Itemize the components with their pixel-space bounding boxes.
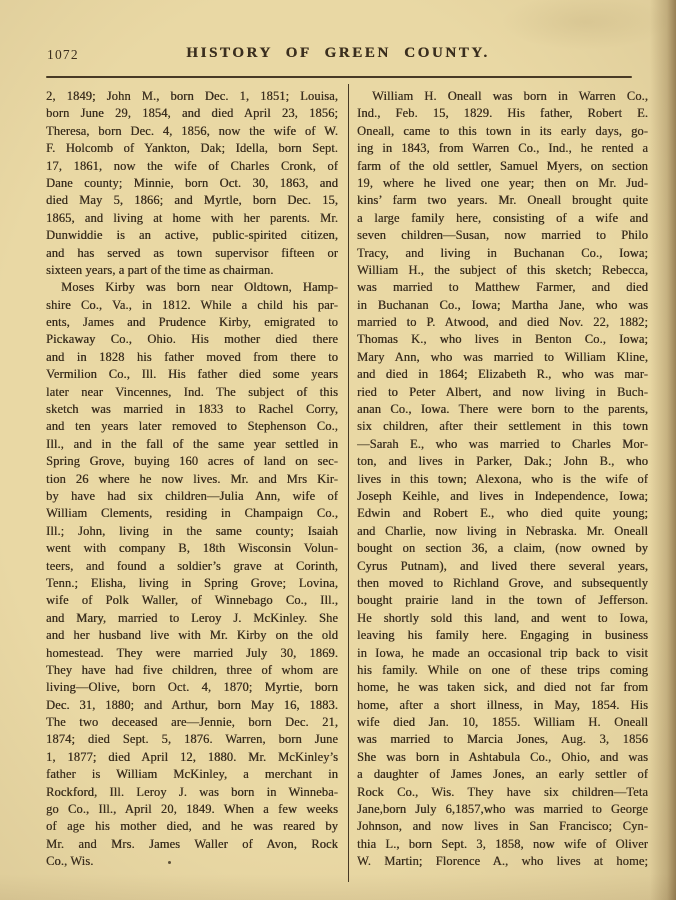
- text-line: Dunwiddie is an active, public-spirited …: [46, 227, 338, 244]
- text-line: sixteen years, a part of the time as cha…: [46, 262, 338, 279]
- text-line: anan Co., Iowa. There were born to the p…: [357, 401, 648, 418]
- text-line: 2, 1849; John M., born Dec. 1, 1851; Lou…: [46, 88, 338, 105]
- text-line: a large family here, consisting of a wif…: [357, 210, 648, 227]
- text-line: born June 29, 1854, and died April 23, 1…: [46, 105, 338, 122]
- text-line: Mary Ann, who was married to William Kli…: [357, 349, 648, 366]
- text-line: of age his mother died, and he was reare…: [46, 818, 338, 835]
- text-line: in Iowa, he made an occasional trip back…: [357, 645, 648, 662]
- text-line: F. Holcomb of Yankton, Dak; Idella, born…: [46, 140, 338, 157]
- text-line: and ten years later removed to Stephenso…: [46, 418, 338, 435]
- paragraph: 2, 1849; John M., born Dec. 1, 1851; Lou…: [46, 88, 338, 279]
- text-line: Dec. 31, 1880; and Arthur, born May 16, …: [46, 697, 338, 714]
- book-page: 1072 HISTORY OF GREEN COUNTY. 2, 1849; J…: [0, 0, 676, 900]
- text-line: Spring Grove, buying 160 acres of land o…: [46, 453, 338, 470]
- paragraph: William H. Oneall was born in Warren Co.…: [357, 88, 648, 871]
- text-line: The two deceased are—Jennie, born Dec. 2…: [46, 714, 338, 731]
- text-line: W. Martin; Florence A., who lives at hom…: [357, 853, 648, 870]
- text-line: father is William McKinley, a merchant i…: [46, 766, 338, 783]
- text-line: a daughter of James Jones, an early sett…: [357, 766, 648, 783]
- text-line: teers, and found a soldier’s grave at Co…: [46, 558, 338, 575]
- text-line: He shortly sold this land, and went to I…: [357, 610, 648, 627]
- text-line: and her husband live with Mr. Kirby on t…: [46, 627, 338, 644]
- text-line: William Clements, residing in Champaign …: [46, 505, 338, 522]
- text-line: They have had five children, three of wh…: [46, 662, 338, 679]
- text-line: leaving his family here. Engaging in bus…: [357, 627, 648, 644]
- text-line: shire Co., Va., in 1812. While a child h…: [46, 297, 338, 314]
- text-line: ton, and lives in Parker, Dak.; John B.,…: [357, 453, 648, 470]
- text-line: then moved to Richland Grove, and subseq…: [357, 575, 648, 592]
- text-line: home, he was taken sick, and died not fa…: [357, 679, 648, 696]
- text-line: later near Vincennes, Ind. The subject o…: [46, 384, 338, 401]
- text-line: Cyrus Putnam), and lived there several y…: [357, 558, 648, 575]
- text-line: tion 26 where he now lives. Mr. and Mrs …: [46, 471, 338, 488]
- text-line: bought prairie land in the town of Jeffe…: [357, 592, 648, 609]
- text-line: his family. While on one of these trips …: [357, 662, 648, 679]
- text-line: Vermilion Co., Ill. His father died some…: [46, 366, 338, 383]
- text-line: farm of the old settler, Samuel Myers, o…: [357, 158, 648, 175]
- header-rule: [46, 76, 632, 78]
- text-line: wife of Polk Waller, of Winnebago Co., I…: [46, 592, 338, 609]
- paragraph: Moses Kirby was born near Oldtown, Hamp-…: [46, 279, 338, 870]
- right-column: William H. Oneall was born in Warren Co.…: [357, 88, 648, 871]
- text-line: by have had six children—Julia Ann, wife…: [46, 488, 338, 505]
- text-line: and died in 1864; Elizabeth R., who was …: [357, 366, 648, 383]
- text-line: died May 5, 1866; and Myrtle, born Dec. …: [46, 192, 338, 209]
- text-line: thia L., born Sept. 3, 1858, now wife of…: [357, 836, 648, 853]
- text-line: Thomas K., who lives in Benton Co., Iowa…: [357, 331, 648, 348]
- text-line: Moses Kirby was born near Oldtown, Hamp-: [46, 279, 338, 296]
- text-line: go Co., Ill., April 20, 1849. When a few…: [46, 801, 338, 818]
- text-line: Tracy, and living in Buchanan Co., Iowa;: [357, 245, 648, 262]
- text-line: Johnson, and now lives in San Francisco;…: [357, 818, 648, 835]
- text-line: Joseph Keihle, and lives in Independence…: [357, 488, 648, 505]
- text-line: sketch was married in 1833 to Rachel Cor…: [46, 401, 338, 418]
- text-line: living—Olive, born Oct. 4, 1870; Myrtie,…: [46, 679, 338, 696]
- text-line: Pickaway Co., Ohio. His mother died ther…: [46, 331, 338, 348]
- text-line: ried to Peter Albert, and now living in …: [357, 384, 648, 401]
- text-line: 17, 1861, now the wife of Charles Cronk,…: [46, 158, 338, 175]
- text-line: seven children—Susan, now married to Phi…: [357, 227, 648, 244]
- text-line: —Sarah E., who was married to Charles Mo…: [357, 436, 648, 453]
- text-line: Dane county; Minnie, born Oct. 30, 1863,…: [46, 175, 338, 192]
- text-line: was married to Matthew Farmer, and died: [357, 279, 648, 296]
- text-line: 1865, and living at home with her parent…: [46, 210, 338, 227]
- text-line: Rock Co., Wis. They have six children—Te…: [357, 784, 648, 801]
- text-line: bought on section 36, a claim, (now owne…: [357, 540, 648, 557]
- text-line: and Mary, married to Leroy J. McKinley. …: [46, 610, 338, 627]
- text-line: home, after a short illness, in May, 185…: [357, 697, 648, 714]
- text-line: Theresa, born Dec. 4, 1856, now the wife…: [46, 123, 338, 140]
- text-line: 1, 1877; died April 12, 1880. Mr. McKinl…: [46, 749, 338, 766]
- text-line: She was born in Ashtabula Co., Ohio, and…: [357, 749, 648, 766]
- text-line: Co., Wis.: [46, 853, 338, 870]
- text-line: 19, where he lived one year; then on Mr.…: [357, 175, 648, 192]
- text-line: wife died Jan. 10, 1855. William H. Onea…: [357, 714, 648, 731]
- text-line: 1874; died Sept. 5, 1876. Warren, born J…: [46, 731, 338, 748]
- text-line: was married to Marcia Jones, Aug. 3, 185…: [357, 731, 648, 748]
- text-line: Jane,born July 6,1857,who was married to…: [357, 801, 648, 818]
- text-line: lives in this town; Alexona, who is the …: [357, 471, 648, 488]
- text-line: Ill.; John, living in the same county; I…: [46, 523, 338, 540]
- text-line: went with company B, 18th Wisconsin Volu…: [46, 540, 338, 557]
- text-line: Mr. and Mrs. James Waller of Avon, Rock: [46, 836, 338, 853]
- text-line: William H. Oneall was born in Warren Co.…: [357, 88, 648, 105]
- ink-speck: [168, 861, 171, 864]
- text-line: in Buchanan Co., Iowa; Martha Jane, who …: [357, 297, 648, 314]
- text-line: homestead. They were married July 30, 18…: [46, 645, 338, 662]
- text-line: ing in 1843, from Warren Co., Ind., he r…: [357, 140, 648, 157]
- text-line: ents, James and Prudence Kirby, emigrate…: [46, 314, 338, 331]
- text-line: Edwin and Robert E., who died quite youn…: [357, 505, 648, 522]
- text-line: Rockford, Ill. Leroy J. was born in Winn…: [46, 784, 338, 801]
- column-divider: [348, 84, 349, 882]
- left-column: 2, 1849; John M., born Dec. 1, 1851; Lou…: [46, 88, 338, 871]
- text-line: six children, after their settlement in …: [357, 418, 648, 435]
- text-line: and has served as town supervisor fiftee…: [46, 245, 338, 262]
- text-line: Oneall, came to this town in its early d…: [357, 123, 648, 140]
- text-line: and in 1828 his father moved from there …: [46, 349, 338, 366]
- page-title: HISTORY OF GREEN COUNTY.: [0, 45, 676, 62]
- text-line: kins’ farm two years. Mr. Oneall brought…: [357, 192, 648, 209]
- text-line: Tenn.; Elisha, living in Spring Grove; L…: [46, 575, 338, 592]
- text-line: married to P. Atwood, and died Nov. 22, …: [357, 314, 648, 331]
- text-line: Ind., Feb. 15, 1829. His father, Robert …: [357, 105, 648, 122]
- text-line: and Charlie, now living in Nebraska. Mr.…: [357, 523, 648, 540]
- text-line: Ill., and in the fall of the same year s…: [46, 436, 338, 453]
- text-line: William H., the subject of this sketch; …: [357, 262, 648, 279]
